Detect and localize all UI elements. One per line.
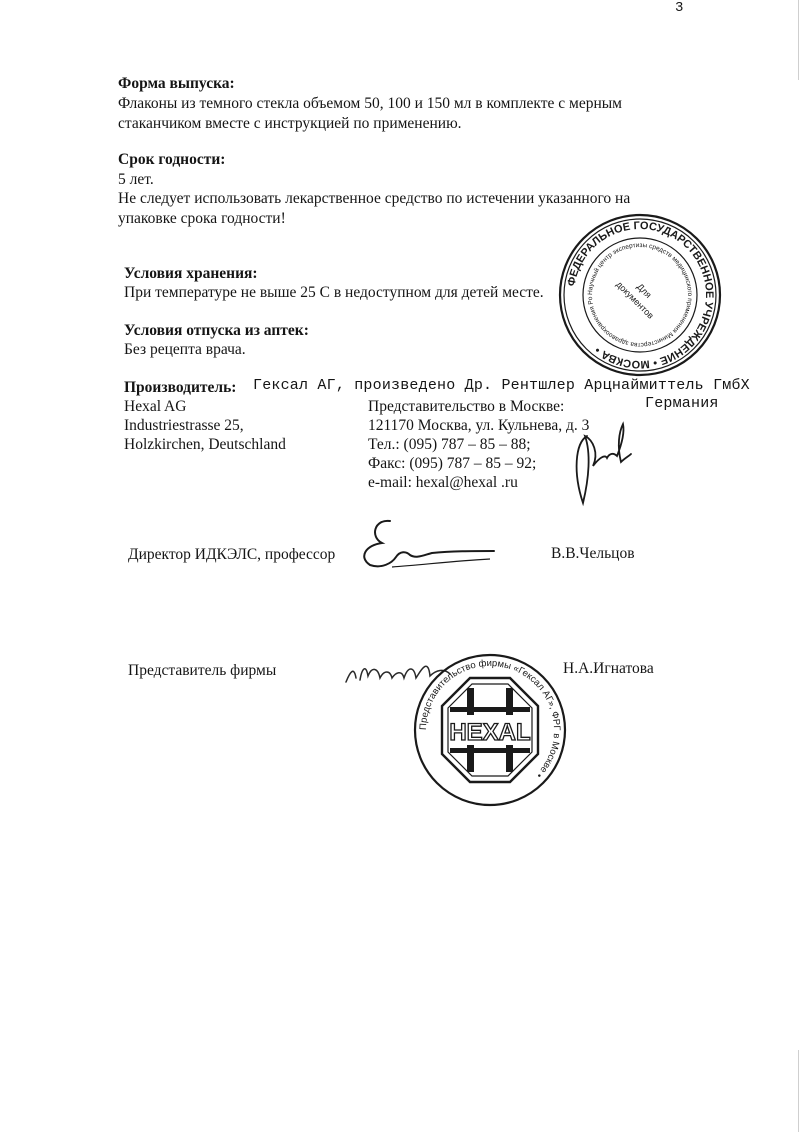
handwritten-signature-icon: [565, 418, 635, 510]
manufacturer-typed-note: Гексал АГ, произведено Др. Рентшлер Арцн…: [253, 377, 750, 394]
manufacturer-address-line: Industriestrasse 25,: [124, 416, 244, 436]
moscow-office-title: Представительство в Москве:: [368, 397, 564, 417]
representative-name: Н.А.Игнатова: [563, 659, 654, 679]
scan-edge-line: [798, 0, 799, 80]
page-number: 3: [675, 0, 683, 16]
hexal-company-stamp-icon: Представительство фирмы «Гексал АГ», ФРГ…: [412, 652, 568, 808]
moscow-office-line: Факс: (095) 787 – 85 – 92;: [368, 454, 536, 474]
shelf-life-line: Не следует использовать лекарственное ср…: [118, 189, 630, 209]
moscow-office-email: e-mail: hexal@hexal .ru: [368, 473, 518, 493]
scan-edge-line: [798, 1050, 799, 1132]
manufacturer-address-line: Hexal AG: [124, 397, 186, 417]
manufacturer-heading: Производитель:: [124, 378, 236, 398]
representative-role: Представитель фирмы: [128, 661, 276, 681]
federal-institution-stamp-icon: ФЕДЕРАЛЬНОЕ ГОСУДАРСТВЕННОЕ УЧРЕЖДЕНИЕ •…: [557, 212, 723, 378]
svg-text:документов: документов: [614, 279, 656, 321]
dispensing-line: Без рецепта врача.: [124, 340, 246, 360]
dispensing-heading: Условия отпуска из аптек:: [124, 321, 309, 341]
shelf-life-heading: Срок годности:: [118, 150, 225, 170]
director-role: Директор ИДКЭЛС, профессор: [128, 545, 335, 565]
manufacturer-address-line: Holzkirchen, Deutschland: [124, 435, 286, 455]
release-form-heading: Форма выпуска:: [118, 74, 235, 94]
moscow-office-line: Тел.: (095) 787 – 85 – 88;: [368, 435, 531, 455]
storage-heading: Условия хранения:: [124, 264, 258, 284]
manufacturer-country: Германия: [645, 395, 719, 412]
shelf-life-line: упаковке срока годности!: [118, 209, 286, 229]
director-name: В.В.Чельцов: [551, 544, 635, 564]
moscow-office-line: 121170 Москва, ул. Кульнева, д. 3: [368, 416, 589, 436]
release-form-line: Флаконы из темного стекла объемом 50, 10…: [118, 94, 622, 114]
director-signature-icon: [352, 515, 497, 571]
storage-line: При температуре не выше 25 С в недоступн…: [124, 283, 544, 303]
svg-text:HEXAL: HEXAL: [449, 719, 530, 746]
shelf-life-line: 5 лет.: [118, 170, 154, 190]
release-form-line: стаканчиком вместе с инструкцией по прим…: [118, 114, 462, 134]
